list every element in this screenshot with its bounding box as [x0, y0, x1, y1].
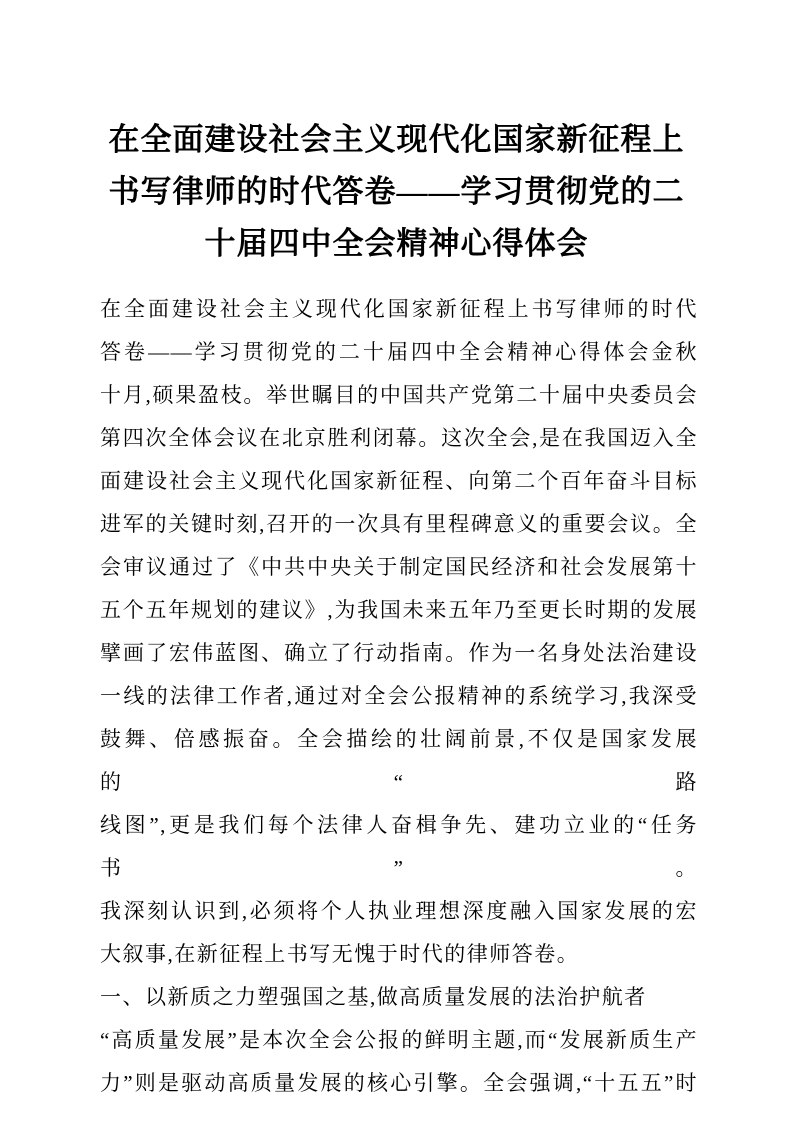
body-text-line: 会审议通过了《中共中央关于制定国民经济和社会发展第十	[100, 546, 698, 589]
title-line-2: 书写律师的时代答卷——学习贯彻党的二	[68, 166, 725, 218]
title-line-3: 十届四中全会精神心得体会	[68, 218, 725, 270]
section-heading: 一、以新质之力塑强国之基,做高质量发展的法治护航者	[100, 976, 698, 1019]
body-text-line: 十月,硕果盈枝。举世瞩目的中国共产党第二十届中央委员会	[100, 374, 698, 417]
body-text-line: 答卷——学习贯彻党的二十届四中全会精神心得体会金秋	[100, 331, 698, 374]
body-text-line: 一线的法律工作者,通过对全会公报精神的系统学习,我深受	[100, 675, 698, 718]
document-body: 在全面建设社会主义现代化国家新征程上书写律师的时代 答卷——学习贯彻党的二十届四…	[0, 270, 793, 1105]
body-text-line: 我深刻认识到,必须将个人执业理想深度融入国家发展的宏	[100, 890, 698, 933]
body-text-line: 第四次全体会议在北京胜利闭幕。这次全会,是在我国迈入全	[100, 417, 698, 460]
body-text-line: 在全面建设社会主义现代化国家新征程上书写律师的时代	[100, 288, 698, 331]
body-text-line: 力”则是驱动高质量发展的核心引擎。全会强调,“十五五”时	[100, 1062, 698, 1105]
paragraph-end-line: 大叙事,在新征程上书写无愧于时代的律师答卷。	[100, 933, 698, 976]
body-text-line: 擘画了宏伟蓝图、确立了行动指南。作为一名身处法治建设	[100, 632, 698, 675]
body-text-line: 面建设社会主义现代化国家新征程、向第二个百年奋斗目标	[100, 460, 698, 503]
body-text-line: 五个五年规划的建议》,为我国未来五年乃至更长时期的发展	[100, 589, 698, 632]
body-text-line: 鼓舞、倍感振奋。全会描绘的壮阔前景,不仅是国家发展的“路	[100, 718, 698, 804]
document-title: 在全面建设社会主义现代化国家新征程上 书写律师的时代答卷——学习贯彻党的二 十届…	[0, 0, 793, 270]
title-line-1: 在全面建设社会主义现代化国家新征程上	[68, 114, 725, 166]
body-text-line: 线图”,更是我们每个法律人奋楫争先、建功立业的“任务书”。	[100, 804, 698, 890]
body-text-line: “高质量发展”是本次全会公报的鲜明主题,而“发展新质生产	[100, 1019, 698, 1062]
body-text-line: 进军的关键时刻,召开的一次具有里程碑意义的重要会议。全	[100, 503, 698, 546]
document-page: 在全面建设社会主义现代化国家新征程上 书写律师的时代答卷——学习贯彻党的二 十届…	[0, 0, 793, 1122]
